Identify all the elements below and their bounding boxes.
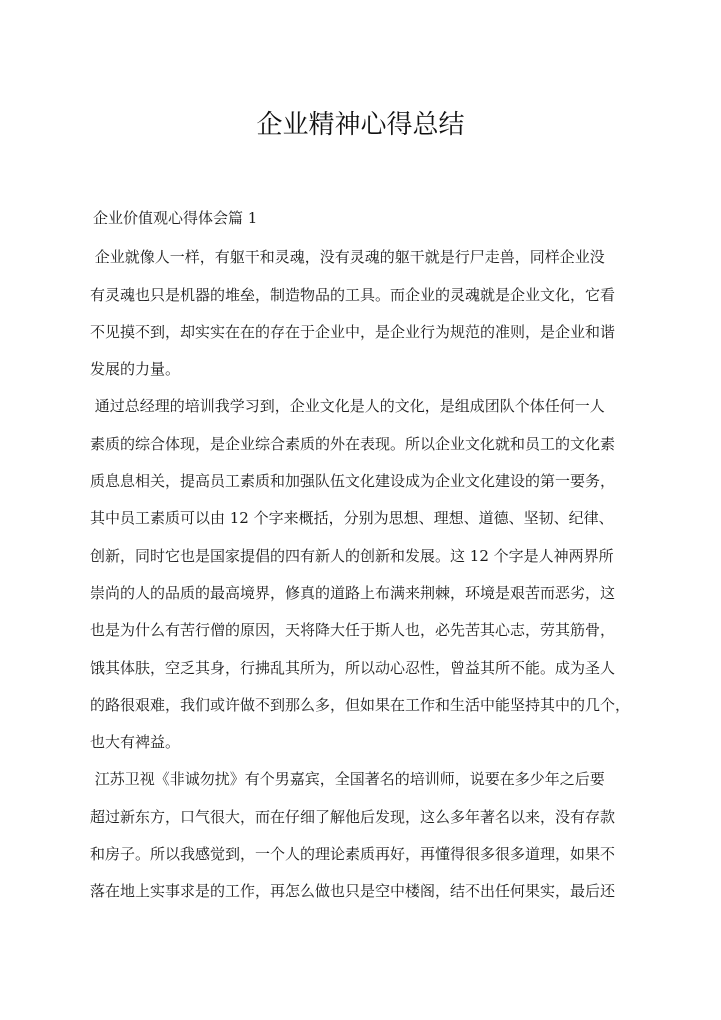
text-line: 不见摸不到，却实实在在的存在于企业中，是企业行为规范的准则，是企业和谐 [90,314,614,351]
document-title: 企业精神心得总结 [0,107,721,143]
text-line: 饿其体肤，空乏其身，行拂乱其所为，所以动心忍性，曾益其所不能。成为圣人 [90,650,614,687]
text-line: 崇尚的人的品质的最高境界，修真的道路上布满来荆棘，环境是艰苦而恶劣，这 [90,575,614,612]
text-line: 的路很艰难，我们或许做不到那么多，但如果在工作和生活中能坚持其中的几个， [90,687,614,724]
document-body: 企业价值观心得体会篇 1 企业就像人一样，有躯干和灵魂，没有灵魂的躯干就是行尸走… [90,200,614,911]
text-line: 质息息相关，提高员工素质和加强队伍文化建设成为企业文化建设的第一要务， [90,463,614,500]
text-line: 也是为什么有苦行僧的原因，天将降大任于斯人也，必先苦其心志，劳其筋骨， [90,612,614,649]
text-line: 和房子。所以我感觉到，一个人的理论素质再好，再懂得很多很多道理，如果不 [90,836,614,873]
text-line: 江苏卫视《非诚勿扰》有个男嘉宾，全国著名的培训师，说要在多少年之后要 [90,761,614,798]
text-line: 通过总经理的培训我学习到，企业文化是人的文化，是组成团队个体任何一人 [90,388,614,425]
paragraph-1: 企业就像人一样，有躯干和灵魂，没有灵魂的躯干就是行尸走兽，同样企业没 有灵魂也只… [90,239,614,388]
paragraph-2: 通过总经理的培训我学习到，企业文化是人的文化，是组成团队个体任何一人 素质的综合… [90,388,614,761]
section-heading: 企业价值观心得体会篇 1 [90,200,614,237]
text-line: 超过新东方，口气很大，而在仔细了解他后发现，这么多年著名以来，没有存款 [90,799,614,836]
text-line: 发展的力量。 [90,351,614,388]
document-page: 企业精神心得总结 企业价值观心得体会篇 1 企业就像人一样，有躯干和灵魂，没有灵… [0,0,721,1020]
text-line: 落在地上实事求是的工作，再怎么做也只是空中楼阁，结不出任何果实，最后还 [90,873,614,910]
text-line: 其中员工素质可以由 12 个字来概括，分别为思想、理想、道德、坚韧、纪律、 [90,500,614,537]
paragraph-3: 江苏卫视《非诚勿扰》有个男嘉宾，全国著名的培训师，说要在多少年之后要 超过新东方… [90,761,614,910]
text-line: 也大有裨益。 [90,724,614,761]
text-line: 创新，同时它也是国家提倡的四有新人的创新和发展。这 12 个字是人神两界所 [90,538,614,575]
text-line: 素质的综合体现，是企业综合素质的外在表现。所以企业文化就和员工的文化素 [90,426,614,463]
text-line: 企业就像人一样，有躯干和灵魂，没有灵魂的躯干就是行尸走兽，同样企业没 [90,239,614,276]
text-line: 有灵魂也只是机器的堆垒，制造物品的工具。而企业的灵魂就是企业文化，它看 [90,277,614,314]
